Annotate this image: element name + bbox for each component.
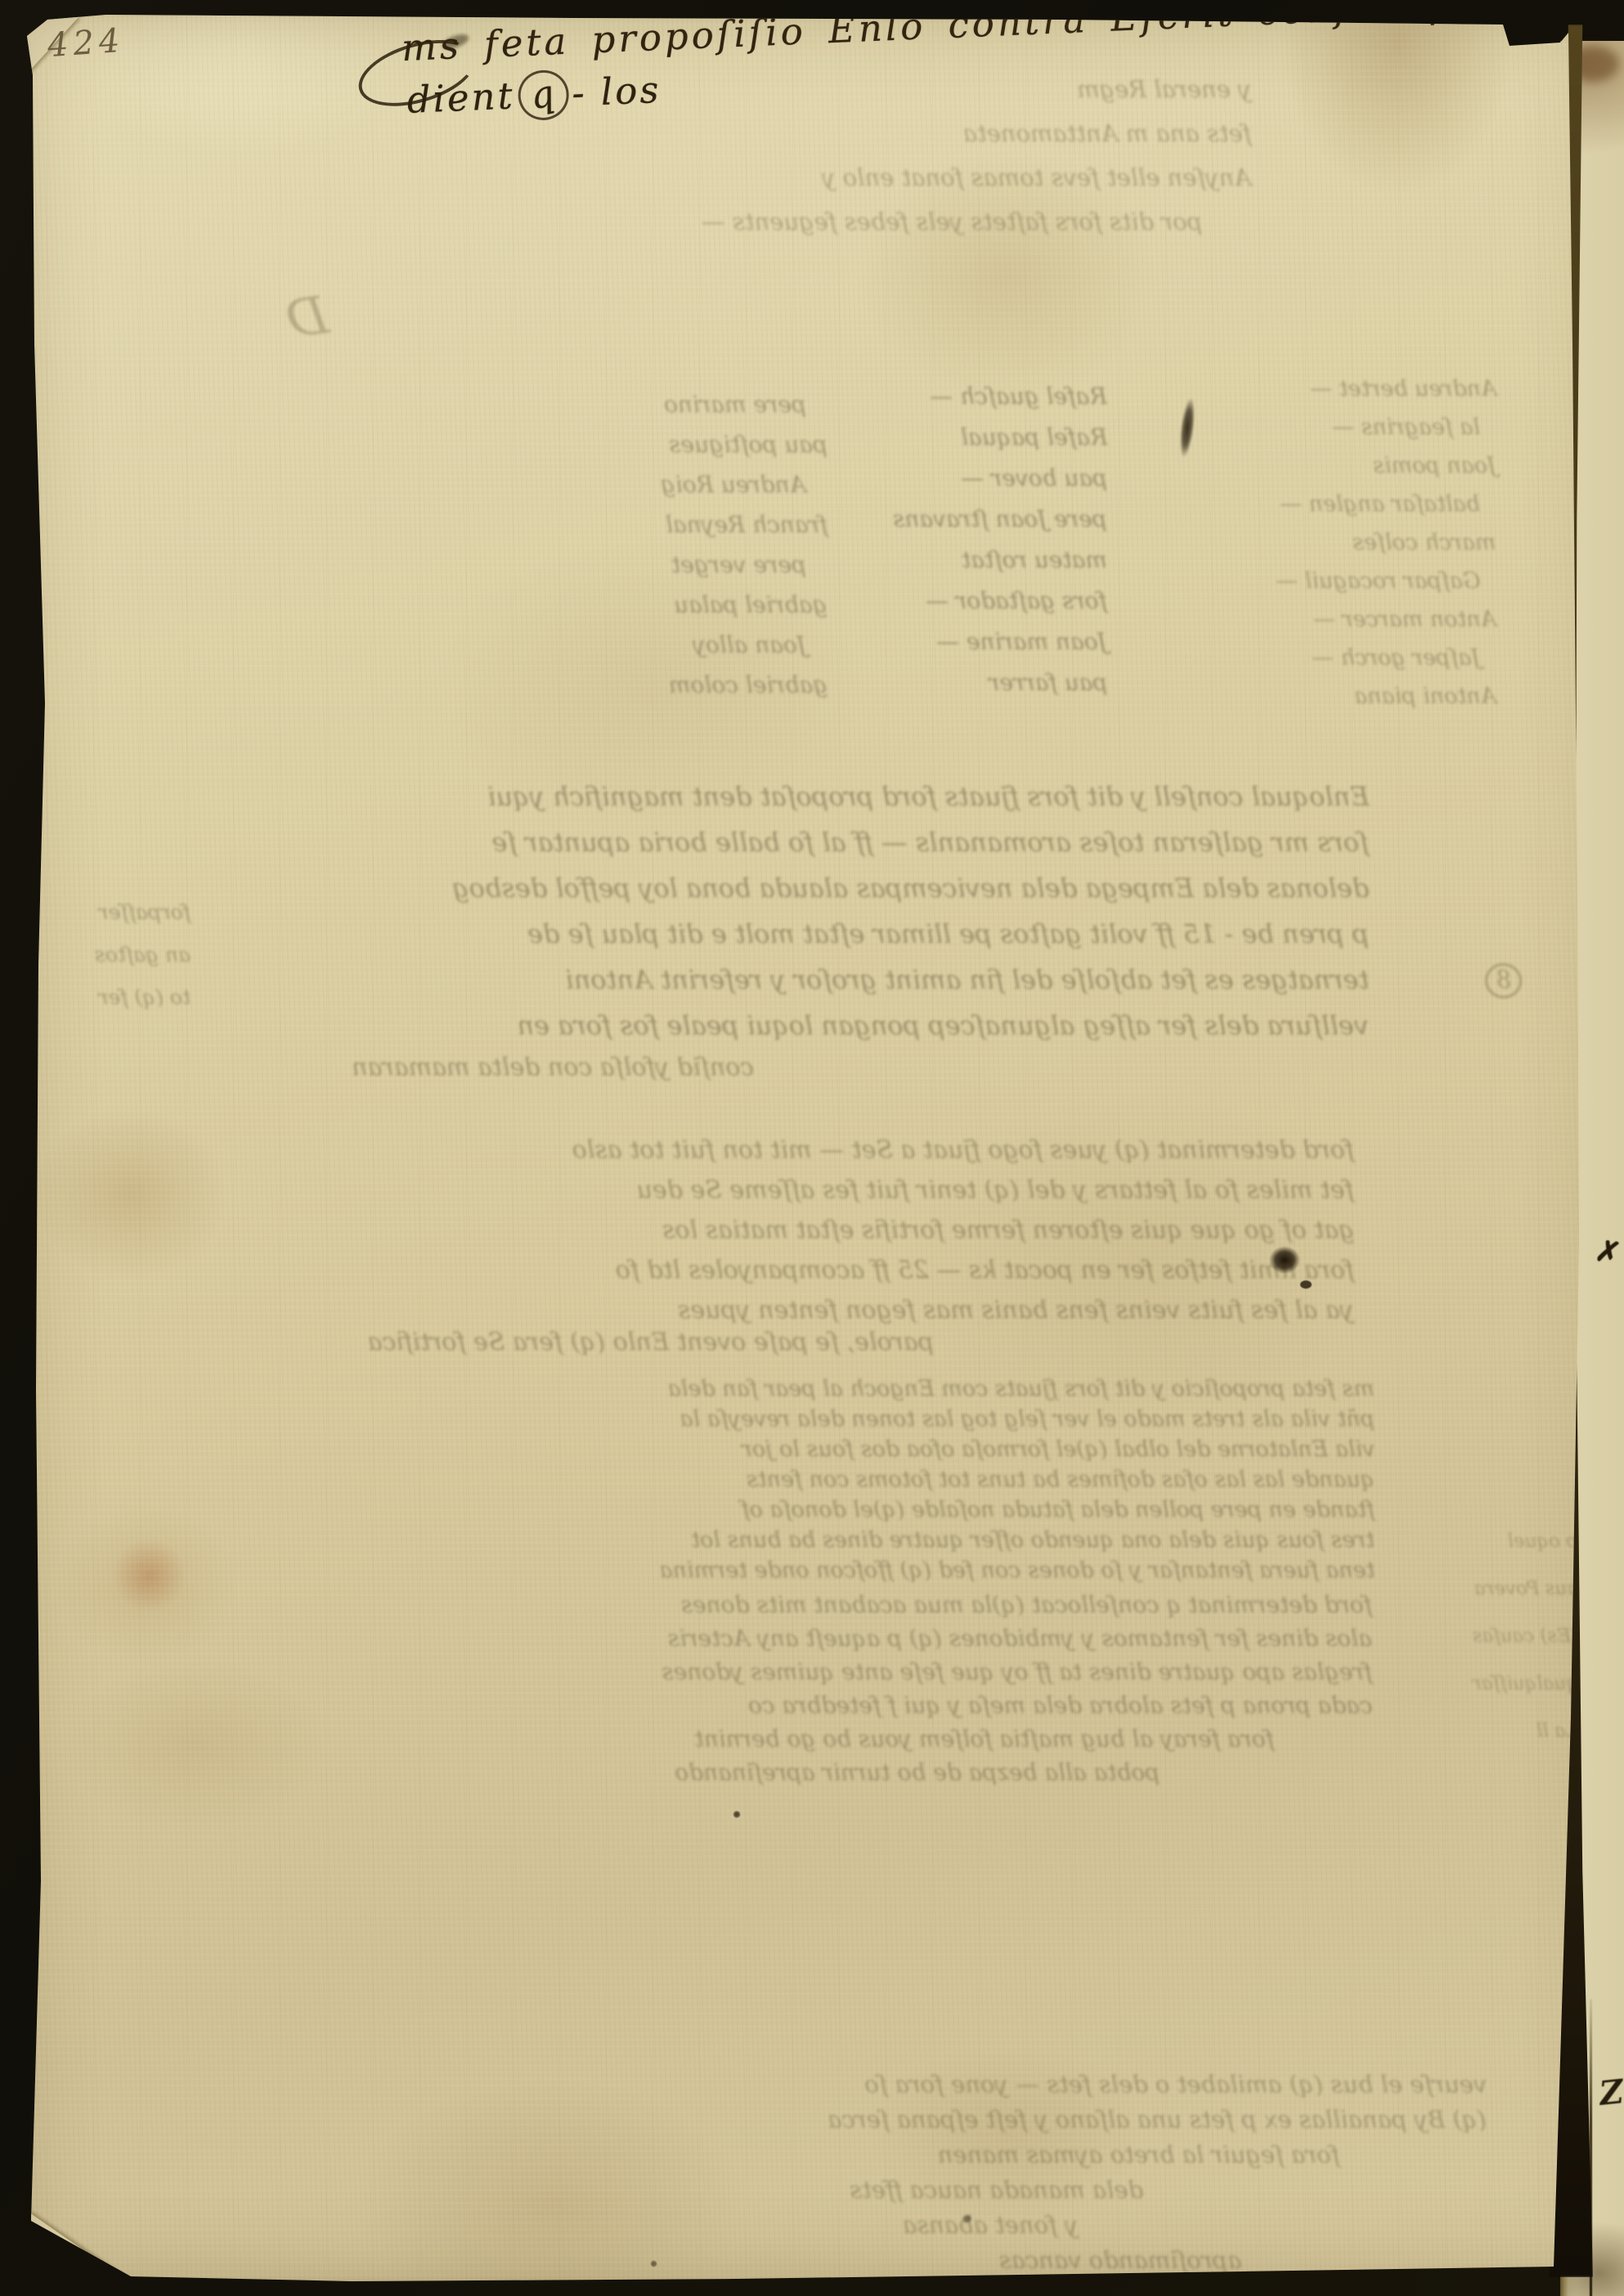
bleed-line: gat of go que quis eſtoren ferme fortifi… xyxy=(307,1210,1354,1250)
bottom-left-corner-fold xyxy=(29,2213,126,2280)
bleed-margin-note: forpaſſer xyxy=(23,891,191,934)
bleed-name: Joan marine — xyxy=(936,621,1107,662)
bleed-margin-note: p oquel xyxy=(1400,1518,1578,1565)
bleed-name: la ſeagrins — xyxy=(1332,408,1480,446)
bleed-margin-note: to (q) fer xyxy=(23,976,191,1019)
bleedthrough-paragraph-3: ms feta propoſicio y dit fors fjuats com… xyxy=(78,1374,1375,1585)
bleed-line: parole, ſe paſe ovent Enlo (q) fera Se f… xyxy=(231,1328,934,1357)
manuscript-page: 424 ms feta propoſiſio Enlo contra Eſcri… xyxy=(0,0,1624,2296)
ink-speck xyxy=(733,1810,741,1818)
bleed-line: fora ſeguir la breto aymas manen xyxy=(335,2137,1339,2173)
bleedthrough-name-column-left: pere marinopau poſtiguesAndreu Roigfranc… xyxy=(572,384,828,705)
bleed-line: ſors mr galſeran toſes aromananls — ff a… xyxy=(71,819,1369,865)
bleedthrough-name-column-right: Andreu bertet —la ſeagrins —Joan pomisba… xyxy=(1209,370,1496,715)
ink-speck xyxy=(650,2260,657,2267)
bleed-line: ya al fes fuits veins fens banis mas feg… xyxy=(258,1290,1354,1330)
heading-line2-pre: dient xyxy=(406,74,516,121)
bleed-name: Joan pomis xyxy=(1373,446,1496,485)
bleed-name: pere marino xyxy=(664,384,806,424)
bleed-line: cada prona p fets alobra dela meſa y qui… xyxy=(297,1688,1372,1722)
bleed-margin-note: (Es) cauſas xyxy=(1400,1612,1578,1660)
bleed-name: mateu roſtat xyxy=(962,540,1107,581)
bleedthrough-circled-mark: 8 xyxy=(1485,963,1522,998)
bleed-line: y eneral Regm xyxy=(597,67,1251,111)
bleed-line: ternatges es fet abſolſe del fin amint g… xyxy=(58,957,1369,1002)
bleed-name: Joan alloy xyxy=(693,625,806,665)
bleed-name: Rafel guaſch — xyxy=(930,376,1107,417)
bleed-line: pobta alla bezpa de bo turnir apreſinand… xyxy=(417,1756,1160,1789)
bleed-line: (q) By panaillas ex p fets una alſano y … xyxy=(133,2102,1487,2137)
bleed-line: ftande en pere pollen dela fatuda noſald… xyxy=(168,1495,1375,1525)
ink-smudge xyxy=(441,32,471,52)
heading-line2-circled-abbrev: q xyxy=(514,65,573,124)
bleed-name: Jaſper gorch — xyxy=(1312,639,1480,677)
bleedthrough-paragraph-4: ford determinat q conſellocat (q)la mua … xyxy=(92,1588,1372,1789)
bleed-name: Rafel paqual xyxy=(961,417,1107,458)
bleed-line: veurſe el bus (q) amilabet o dels fets —… xyxy=(259,2067,1487,2102)
bleed-line: vila Enlatorne del olbal (q)el formoſa o… xyxy=(208,1434,1375,1464)
bleed-line: p pren be - 15 ff volit gaſtos pe llimar… xyxy=(31,911,1369,957)
top-left-corner-fold xyxy=(27,16,79,74)
ink-blot xyxy=(1269,1246,1300,1274)
ink-streak xyxy=(1178,397,1198,458)
bleed-line: aproſimando vancas xyxy=(433,2243,1241,2278)
bleed-line: tena fuera fentanſar y ſo dones con fed … xyxy=(117,1555,1375,1585)
bleedthrough-paragraph-2-tail: parole, ſe paſe ovent Enlo (q) fera Se f… xyxy=(231,1328,934,1357)
bleed-name: gabriel colom xyxy=(669,665,828,705)
bleed-name: pau farrer xyxy=(989,662,1107,703)
bleed-line: dela manada nauca ffets xyxy=(418,2173,1143,2208)
bleedthrough-right-marginalia: p oquelaus Povera(Es) cauſasqualquiſſarL… xyxy=(1400,1518,1578,1755)
bleed-line: pñt vila als trets mado el ver ſelg tog … xyxy=(78,1404,1375,1434)
bleed-name: franch Reynal xyxy=(666,504,828,545)
bleed-name: march colſes xyxy=(1353,523,1496,562)
bleed-line: quande las las ofas dofimes ba tuns tot … xyxy=(78,1464,1375,1495)
bleed-line: conſid yfolſa con delta mamaran xyxy=(206,1053,754,1082)
bleed-name: pau poſtigues xyxy=(669,424,828,464)
bleed-line: fora feray al bug maſtia folſem yous bo … xyxy=(301,1722,1274,1756)
bleed-name: Andreu bertet — xyxy=(1310,370,1496,408)
bleed-line: fets ana m Anttamoneta xyxy=(484,111,1251,155)
bleed-line: Anyſen ellet fevs tomas fonat enlo y xyxy=(303,155,1251,200)
bleedthrough-name-column-middle: Rafel guaſch —Rafel paqualpau bover —per… xyxy=(860,376,1107,703)
bleed-name: pau bover — xyxy=(961,458,1107,499)
bleed-line: Enloqual conſell y dit fors fjuats ford … xyxy=(125,774,1369,819)
bleed-line: fet miles fo al fettars y del (q) tenir … xyxy=(235,1170,1354,1210)
bleedthrough-paragraph-bottom: veurſe el bus (q) amilabet o dels fets —… xyxy=(92,2067,1487,2278)
bleed-line: freglas apo quatre dines ta ff oy que fe… xyxy=(92,1655,1372,1688)
bleed-line: vellſura dels fer aſſeg algunaſcep ponga… xyxy=(151,1002,1369,1048)
heading-line2-post: - los xyxy=(571,68,662,115)
bleed-name: fors gaſtador — xyxy=(926,581,1107,621)
bleed-margin-note: qualquiſſar xyxy=(1400,1660,1578,1707)
bleedthrough-left-marginalia: forpaſſeran gaſtosto (q) fer xyxy=(23,891,191,1019)
bleed-line: alos dines fer fentamos y ymbidones (q) … xyxy=(155,1621,1372,1655)
heading: ms feta propoſiſio Enlo contra Eſcrit co… xyxy=(365,0,1570,128)
bleed-line: fora limit fetfos fer en pocat ks — 25 f… xyxy=(164,1250,1354,1290)
ink-mark-letter: Z xyxy=(1598,2073,1624,2114)
bleedthrough-top-band: y eneral Regmfets ana m AnttamonetaAnyſe… xyxy=(123,67,1251,244)
bleed-name: pere Joan ſtravans xyxy=(893,499,1107,540)
bleedthrough-flourish: D xyxy=(282,285,332,351)
heading-flourish-loop xyxy=(351,28,483,119)
bleed-line: ford determinat q conſellocat (q)la mua … xyxy=(92,1588,1372,1621)
bleed-name: Anton marcer — xyxy=(1313,600,1496,639)
bleedthrough-paragraph-1: Enloqual conſell y dit fors fjuats ford … xyxy=(31,774,1369,1048)
bleed-name: Gaſpar rocaguil — xyxy=(1276,562,1480,600)
bleed-margin-note: La ll xyxy=(1400,1707,1578,1755)
bleed-margin-note: an gaſtos xyxy=(23,934,191,976)
bleedthrough-paragraph-2: ford determinat (q) yues fogo fjuat a Se… xyxy=(164,1130,1354,1330)
bleedthrough-paragraph-1-tail: conſid yfolſa con delta mamaran xyxy=(206,1053,754,1082)
bleed-name: Andreu Roig xyxy=(661,464,806,504)
bleed-circle: 8 xyxy=(1483,961,1524,1001)
bleed-name: baltaſar anglen — xyxy=(1280,485,1480,523)
bleed-name: Antoni piana xyxy=(1354,677,1496,715)
heading-line-1: ms feta propoſiſio Enlo contra Eſcrit co… xyxy=(365,0,1568,71)
bleed-margin-note: aus Povera xyxy=(1400,1565,1578,1612)
bleed-line: tres fous quis dela ona quendo ofſer qua… xyxy=(78,1525,1375,1555)
ink-mark-cross: ✗ xyxy=(1592,1232,1623,1273)
ink-speck xyxy=(962,2214,972,2223)
bleed-name: pere verget xyxy=(671,545,806,585)
folio-number: 424 xyxy=(47,22,126,65)
bleed-line: delonas dela Empega dela nevicempas alau… xyxy=(98,865,1369,911)
bleed-line: y fonet abansa xyxy=(520,2208,1078,2243)
heading-line-2: dientq- los xyxy=(406,65,662,126)
bleed-line: por dits fors faſtets yels febes feguent… xyxy=(480,200,1202,244)
bleed-line: ford determinat (q) yues fogo fjuat a Se… xyxy=(187,1130,1354,1170)
bleed-name: gabriel palau xyxy=(674,585,828,625)
bleed-line: ms feta propoſicio y dit fors fjuats com… xyxy=(155,1374,1375,1404)
